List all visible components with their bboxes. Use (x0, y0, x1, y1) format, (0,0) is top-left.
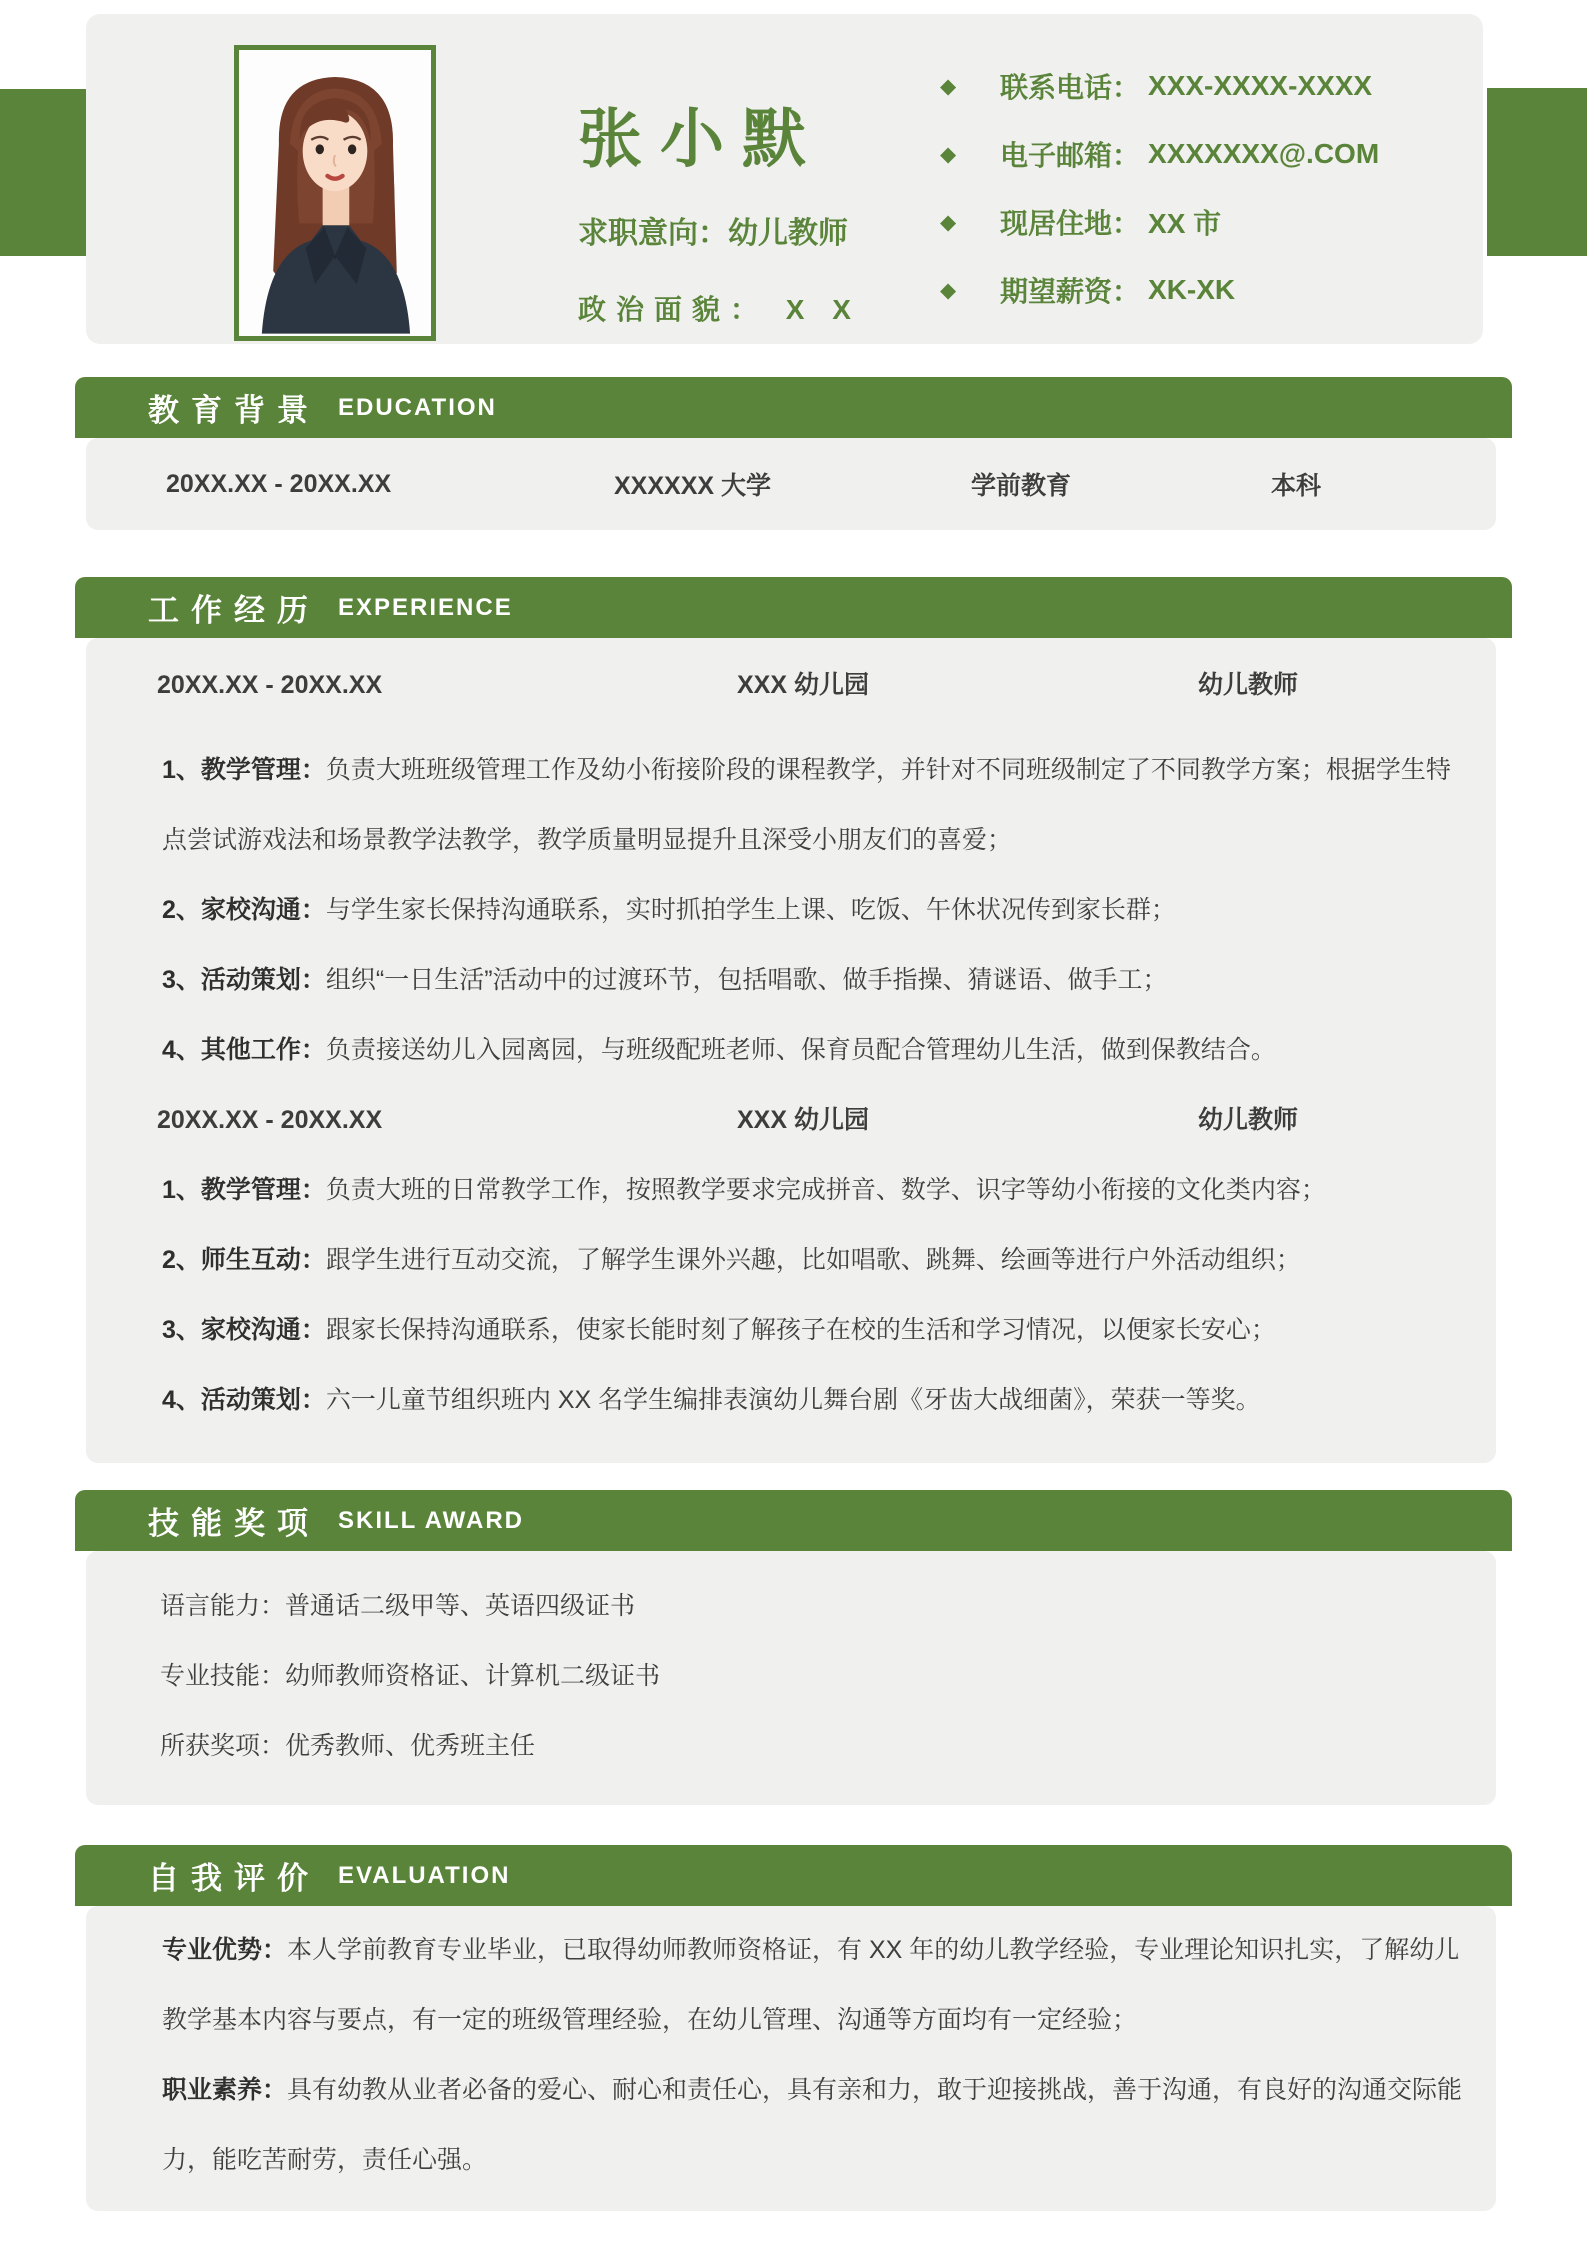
bullet-label: 4、活动策划： (162, 1386, 326, 1414)
bullet-label: 2、家校沟通： (162, 896, 326, 924)
bullet-text: 负责大班的日常教学工作，按照教学要求完成拼音、数学、识字等幼小衔接的文化类内容； (326, 1176, 1326, 1204)
education-degree: 本科 (1271, 466, 1496, 502)
contact-item-city: ◆ 现居住地： XX 市 (940, 188, 1379, 256)
header-card: 张小默 求职意向：幼儿教师 政治面貌： X X ◆ 联系电话： XXX-XXXX… (86, 14, 1483, 344)
bullet-text: 跟家长保持沟通联系，使家长能时刻了解孩子在校的生活和学习情况，以便家长安心； (326, 1316, 1276, 1344)
bullet-label: 3、家校沟通： (162, 1316, 326, 1344)
job-bullet: 1、教学管理：负责大班的日常教学工作，按照教学要求完成拼音、数学、识字等幼小衔接… (162, 1155, 1466, 1225)
contact-label: 电子邮箱： (1000, 134, 1140, 174)
section-header-skills: 技能奖项 SKILL AWARD (75, 1490, 1512, 1551)
job-bullet: 3、活动策划：组织“一日生活”活动中的过渡环节，包括唱歌、做手指操、猜谜语、做手… (162, 945, 1466, 1015)
education-period: 20XX.XX - 20XX.XX (166, 470, 614, 499)
experience-body: 20XX.XX - 20XX.XX XXX 幼儿园 幼儿教师 1、教学管理：负责… (86, 638, 1496, 1463)
section-title-en: EVALUATION (338, 1862, 510, 1890)
diamond-bullet-icon: ◆ (940, 210, 1000, 235)
job-role: 幼儿教师 (1198, 1085, 1496, 1155)
section-skills: 技能奖项 SKILL AWARD 语言能力：普通话二级甲等、英语四级证书 专业技… (75, 1490, 1512, 1805)
resume-page: 张小默 求职意向：幼儿教师 政治面貌： X X ◆ 联系电话： XXX-XXXX… (0, 0, 1587, 2245)
section-title-en: EXPERIENCE (338, 594, 513, 622)
section-title-cn: 工作经历 (148, 585, 320, 630)
skill-item: 所获奖项：优秀教师、优秀班主任 (160, 1711, 1466, 1781)
paragraph-text: 具有幼教从业者必备的爱心、耐心和责任心，具有亲和力，敢于迎接挑战，善于沟通，有良… (162, 2076, 1462, 2174)
section-title-en: EDUCATION (338, 394, 497, 422)
job-bullet: 1、教学管理：负责大班班级管理工作及幼小衔接阶段的课程教学，并针对不同班级制定了… (162, 735, 1466, 875)
paragraph-text: 本人学前教育专业毕业，已取得幼师教师资格证，有 XX 年的幼儿教学经验，专业理论… (162, 1936, 1459, 2034)
job-bullets: 1、教学管理：负责大班班级管理工作及幼小衔接阶段的课程教学，并针对不同班级制定了… (86, 735, 1496, 1085)
diamond-bullet-icon: ◆ (940, 278, 1000, 303)
contact-label: 联系电话： (1000, 66, 1140, 106)
contact-value: XX 市 (1148, 202, 1221, 242)
job-company: XXX 幼儿园 (737, 650, 1198, 720)
contact-value: XXXXXXX@.COM (1148, 138, 1379, 170)
skill-item: 语言能力：普通话二级甲等、英语四级证书 (160, 1571, 1466, 1641)
left-accent-block (0, 89, 86, 256)
bullet-label: 1、教学管理： (162, 1176, 326, 1204)
contact-label: 现居住地： (1000, 202, 1140, 242)
education-major: 学前教育 (971, 466, 1271, 502)
section-experience: 工作经历 EXPERIENCE 20XX.XX - 20XX.XX XXX 幼儿… (75, 577, 1512, 1463)
job-bullet: 2、师生互动：跟学生进行互动交流，了解学生课外兴趣，比如唱歌、跳舞、绘画等进行户… (162, 1225, 1466, 1295)
job-header-row: 20XX.XX - 20XX.XX XXX 幼儿园 幼儿教师 (86, 650, 1496, 720)
contact-item-phone: ◆ 联系电话： XXX-XXXX-XXXX (940, 52, 1379, 120)
right-accent-block (1487, 88, 1587, 256)
evaluation-paragraph: 职业素养：具有幼教从业者必备的爱心、耐心和责任心，具有亲和力，敢于迎接挑战，善于… (162, 2055, 1466, 2195)
bullet-text: 负责接送幼儿入园离园，与班级配班老师、保育员配合管理幼儿生活，做到保教结合。 (326, 1036, 1276, 1064)
paragraph-label: 职业素养： (162, 2076, 287, 2104)
evaluation-paragraph: 专业优势：本人学前教育专业毕业，已取得幼师教师资格证，有 XX 年的幼儿教学经验… (162, 1915, 1466, 2055)
job-period: 20XX.XX - 20XX.XX (157, 650, 737, 720)
skill-item: 专业技能：幼师教师资格证、计算机二级证书 (160, 1641, 1466, 1711)
section-evaluation: 自我评价 EVALUATION 专业优势：本人学前教育专业毕业，已取得幼师教师资… (75, 1845, 1512, 2211)
contact-list: ◆ 联系电话： XXX-XXXX-XXXX ◆ 电子邮箱： XXXXXXX@.C… (940, 52, 1379, 324)
job-company: XXX 幼儿园 (737, 1085, 1198, 1155)
section-title-en: SKILL AWARD (338, 1507, 524, 1535)
job-period: 20XX.XX - 20XX.XX (157, 1085, 737, 1155)
contact-value: XXX-XXXX-XXXX (1148, 70, 1372, 102)
evaluation-body: 专业优势：本人学前教育专业毕业，已取得幼师教师资格证，有 XX 年的幼儿教学经验… (86, 1906, 1496, 2211)
skills-body: 语言能力：普通话二级甲等、英语四级证书 专业技能：幼师教师资格证、计算机二级证书… (86, 1551, 1496, 1805)
job-bullets: 1、教学管理：负责大班的日常教学工作，按照教学要求完成拼音、数学、识字等幼小衔接… (86, 1155, 1496, 1435)
bullet-label: 3、活动策划： (162, 966, 326, 994)
job-bullet: 2、家校沟通：与学生家长保持沟通联系，实时抓拍学生上课、吃饭、午休状况传到家长群… (162, 875, 1466, 945)
avatar-illustration (239, 50, 431, 336)
bullet-text: 跟学生进行互动交流，了解学生课外兴趣，比如唱歌、跳舞、绘画等进行户外活动组织； (326, 1246, 1301, 1274)
section-header-education: 教育背景 EDUCATION (75, 377, 1512, 438)
bullet-label: 1、教学管理： (162, 756, 326, 784)
contact-item-email: ◆ 电子邮箱： XXXXXXX@.COM (940, 120, 1379, 188)
job-bullet: 3、家校沟通：跟家长保持沟通联系，使家长能时刻了解孩子在校的生活和学习情况，以便… (162, 1295, 1466, 1365)
job-bullet: 4、活动策划：六一儿童节组织班内 XX 名学生编排表演幼儿舞台剧《牙齿大战细菌》… (162, 1365, 1466, 1435)
bullet-text: 组织“一日生活”活动中的过渡环节，包括唱歌、做手指操、猜谜语、做手工； (326, 966, 1168, 994)
diamond-bullet-icon: ◆ (940, 74, 1000, 99)
profile-photo (234, 45, 436, 341)
bullet-label: 4、其他工作： (162, 1036, 326, 1064)
section-header-evaluation: 自我评价 EVALUATION (75, 1845, 1512, 1906)
section-education: 教育背景 EDUCATION 20XX.XX - 20XX.XX XXXXXX … (75, 377, 1512, 530)
bullet-text: 负责大班班级管理工作及幼小衔接阶段的课程教学，并针对不同班级制定了不同教学方案；… (162, 756, 1451, 854)
diamond-bullet-icon: ◆ (940, 142, 1000, 167)
bullet-text: 六一儿童节组织班内 XX 名学生编排表演幼儿舞台剧《牙齿大战细菌》，荣获一等奖。 (326, 1386, 1261, 1414)
job-bullet: 4、其他工作：负责接送幼儿入园离园，与班级配班老师、保育员配合管理幼儿生活，做到… (162, 1015, 1466, 1085)
contact-item-salary: ◆ 期望薪资： XK-XK (940, 256, 1379, 324)
bullet-label: 2、师生互动： (162, 1246, 326, 1274)
job-role: 幼儿教师 (1198, 650, 1496, 720)
contact-label: 期望薪资： (1000, 270, 1140, 310)
contact-value: XK-XK (1148, 274, 1235, 306)
section-title-cn: 技能奖项 (148, 1498, 320, 1543)
section-title-cn: 自我评价 (148, 1853, 320, 1898)
job-header-row: 20XX.XX - 20XX.XX XXX 幼儿园 幼儿教师 (86, 1085, 1496, 1155)
section-title-cn: 教育背景 (148, 385, 320, 430)
education-row: 20XX.XX - 20XX.XX XXXXXX 大学 学前教育 本科 (86, 438, 1496, 530)
paragraph-label: 专业优势： (162, 1936, 287, 1964)
bullet-text: 与学生家长保持沟通联系，实时抓拍学生上课、吃饭、午休状况传到家长群； (326, 896, 1176, 924)
education-school: XXXXXX 大学 (614, 466, 971, 502)
section-header-experience: 工作经历 EXPERIENCE (75, 577, 1512, 638)
